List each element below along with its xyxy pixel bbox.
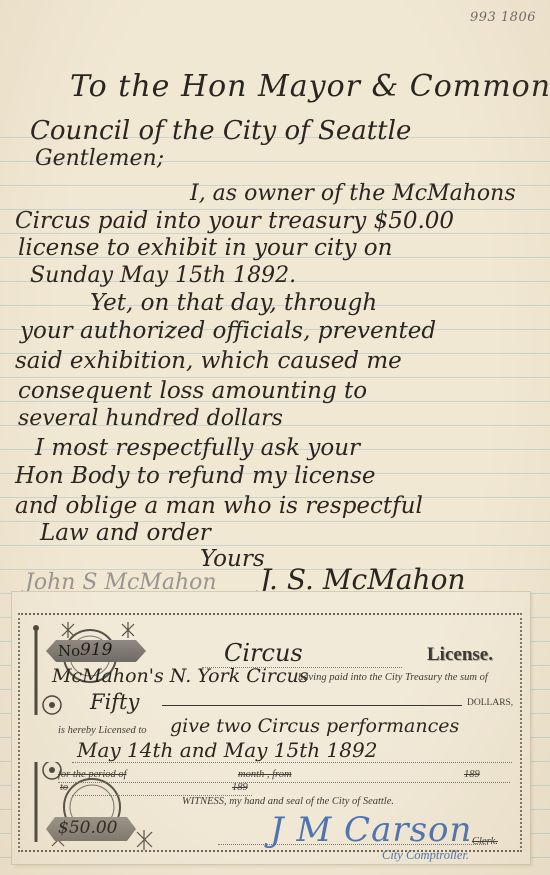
letter-body-line: Circus paid into your treasury $50.00 [15,210,454,233]
catalog-number: 993 1806 [470,10,536,25]
purpose-line1: give two Circus performances [170,717,459,736]
letter-body-line: consequent loss amounting to [18,380,367,403]
printed-licensed-to: is hereby Licensed to [58,725,147,736]
letter-body-line: I most respectfully ask your [35,437,360,460]
letter-body-line: and oblige a man who is respectful [15,495,423,518]
letter-body-line: your authorized officials, prevented [20,320,436,343]
amount-in-words: Fifty [90,692,139,713]
circus-license-slip: No 919 $50.00 Circus License. McMahon's … [12,592,530,864]
document-page: 993 1806 To the Hon Mayor & Common Counc… [0,0,550,875]
printed-month-from: month , from [238,769,292,780]
license-title: License. [427,644,493,666]
printed-period: for the period of [58,769,127,780]
letter-body-line: license to exhibit in your city on [18,237,392,260]
license-type-handwritten: Circus [224,639,303,667]
printed-189-a: 189 [464,769,480,780]
letter-body-line: Hon Body to refund my license [15,465,376,488]
printed-189-b: 189 [232,782,248,793]
letter-body-line: Law and order [40,522,211,545]
printed-clerk: Clerk. [472,836,498,847]
license-number: 919 [80,640,112,660]
faint-signature: John S McMahon [25,572,217,594]
amount-figure: $50.00 [58,818,117,838]
letter-body-line: said exhibition, which caused me [15,350,402,373]
letter-salutation-line1: To the Hon Mayor & Common [70,72,550,102]
number-label: No [58,642,80,660]
letter-salutation-line2: Council of the City of Seattle [30,118,411,144]
letter-greeting: Gentlemen; [35,148,164,170]
letter-body-line: several hundred dollars [18,408,283,430]
printed-witness: WITNESS, my hand and seal of the City of… [182,796,394,807]
comptroller-title-stamp: City Comptroller. [382,848,469,863]
comptroller-signature: J M Carson [270,810,472,850]
period-dotted-line [58,782,510,783]
printed-to: to [60,782,68,793]
printed-dollars: DOLLARS, [467,698,513,708]
letter-body-line: I, as owner of the McMahons [190,183,516,205]
purpose-dotted-line [72,762,512,763]
letter-closing: Yours [200,548,265,571]
amount-line [162,705,462,706]
letter-body-line: Yet, on that day, through [90,292,377,315]
printed-having-paid: having paid into the City Treasury the s… [298,672,488,683]
purpose-line2: May 14th and May 15th 1892 [77,740,377,760]
author-signature: J. S. McMahon [260,566,465,594]
letter-body-line: Sunday May 15th 1892. [30,265,296,287]
licensee-name: McMahon's N. York Circus [52,667,309,686]
